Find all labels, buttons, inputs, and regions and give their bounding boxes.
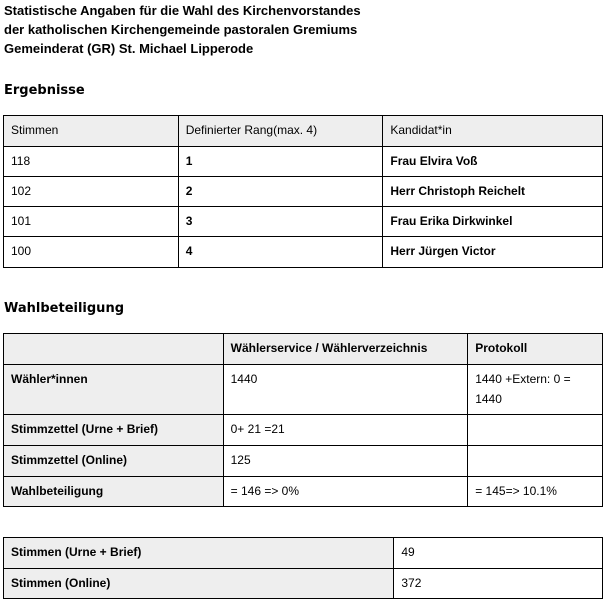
turnout-header-row: Wählerservice / Wählerverzeichnis Protok… <box>4 334 603 365</box>
col-header-kandidat: Kandidat*in <box>383 116 603 147</box>
rank-cell: 3 <box>178 207 383 237</box>
table-row: 102 2 Herr Christoph Reichelt <box>4 177 603 207</box>
candidate-cell: Herr Jürgen Victor <box>383 237 603 268</box>
col-header-service: Wählerservice / Wählerverzeichnis <box>223 334 468 365</box>
turnout-heading: Wahlbeteiligung <box>4 301 124 316</box>
rank-cell: 4 <box>178 237 383 268</box>
service-cell: = 146 => 0% <box>223 477 468 507</box>
service-cell: 125 <box>223 446 468 477</box>
title-line-3: Gemeinderat (GR) St. Michael Lipperode <box>4 41 253 56</box>
candidate-cell: Frau Erika Dirkwinkel <box>383 207 603 237</box>
results-heading: Ergebnisse <box>4 83 85 98</box>
candidate-cell: Frau Elvira Voß <box>383 147 603 177</box>
table-row: Stimmzettel (Urne + Brief) 0+ 21 =21 <box>4 415 603 446</box>
col-header-stimmen: Stimmen <box>4 116 179 147</box>
protocol-cell <box>468 415 603 446</box>
votes-cell: 118 <box>4 147 179 177</box>
votes-summary-table: Stimmen (Urne + Brief) 49 Stimmen (Onlin… <box>3 537 603 599</box>
row-label: Stimmzettel (Urne + Brief) <box>4 415 224 446</box>
votes-cell: 102 <box>4 177 179 207</box>
service-cell: 0+ 21 =21 <box>223 415 468 446</box>
value-cell: 372 <box>394 569 603 599</box>
rank-cell: 2 <box>178 177 383 207</box>
title-line-2: der katholischen Kirchengemeinde pastora… <box>4 22 357 37</box>
title-line-1: Statistische Angaben für die Wahl des Ki… <box>4 3 361 18</box>
protocol-cell <box>468 446 603 477</box>
value-cell: 49 <box>394 538 603 569</box>
table-row: Stimmzettel (Online) 125 <box>4 446 603 477</box>
table-row: 101 3 Frau Erika Dirkwinkel <box>4 207 603 237</box>
protocol-cell: = 145=> 10.1% <box>468 477 603 507</box>
table-row: 118 1 Frau Elvira Voß <box>4 147 603 177</box>
turnout-table: Wählerservice / Wählerverzeichnis Protok… <box>3 333 603 507</box>
table-row: Stimmen (Online) 372 <box>4 569 603 599</box>
results-header-row: Stimmen Definierter Rang(max. 4) Kandida… <box>4 116 603 147</box>
col-header-rang: Definierter Rang(max. 4) <box>178 116 383 147</box>
document-title: Statistische Angaben für die Wahl des Ki… <box>4 1 361 58</box>
table-row: Stimmen (Urne + Brief) 49 <box>4 538 603 569</box>
candidate-cell: Herr Christoph Reichelt <box>383 177 603 207</box>
protocol-cell: 1440 +Extern: 0 = 1440 <box>468 365 603 415</box>
col-header-empty <box>4 334 224 365</box>
votes-cell: 101 <box>4 207 179 237</box>
service-cell: 1440 <box>223 365 468 415</box>
row-label: Stimmzettel (Online) <box>4 446 224 477</box>
row-label: Stimmen (Online) <box>4 569 394 599</box>
row-label: Wahlbeteiligung <box>4 477 224 507</box>
row-label: Wähler*innen <box>4 365 224 415</box>
table-row: Wähler*innen 1440 1440 +Extern: 0 = 1440 <box>4 365 603 415</box>
col-header-protocol: Protokoll <box>468 334 603 365</box>
votes-cell: 100 <box>4 237 179 268</box>
rank-cell: 1 <box>178 147 383 177</box>
table-row: Wahlbeteiligung = 146 => 0% = 145=> 10.1… <box>4 477 603 507</box>
results-table: Stimmen Definierter Rang(max. 4) Kandida… <box>3 115 603 268</box>
row-label: Stimmen (Urne + Brief) <box>4 538 394 569</box>
table-row: 100 4 Herr Jürgen Victor <box>4 237 603 268</box>
